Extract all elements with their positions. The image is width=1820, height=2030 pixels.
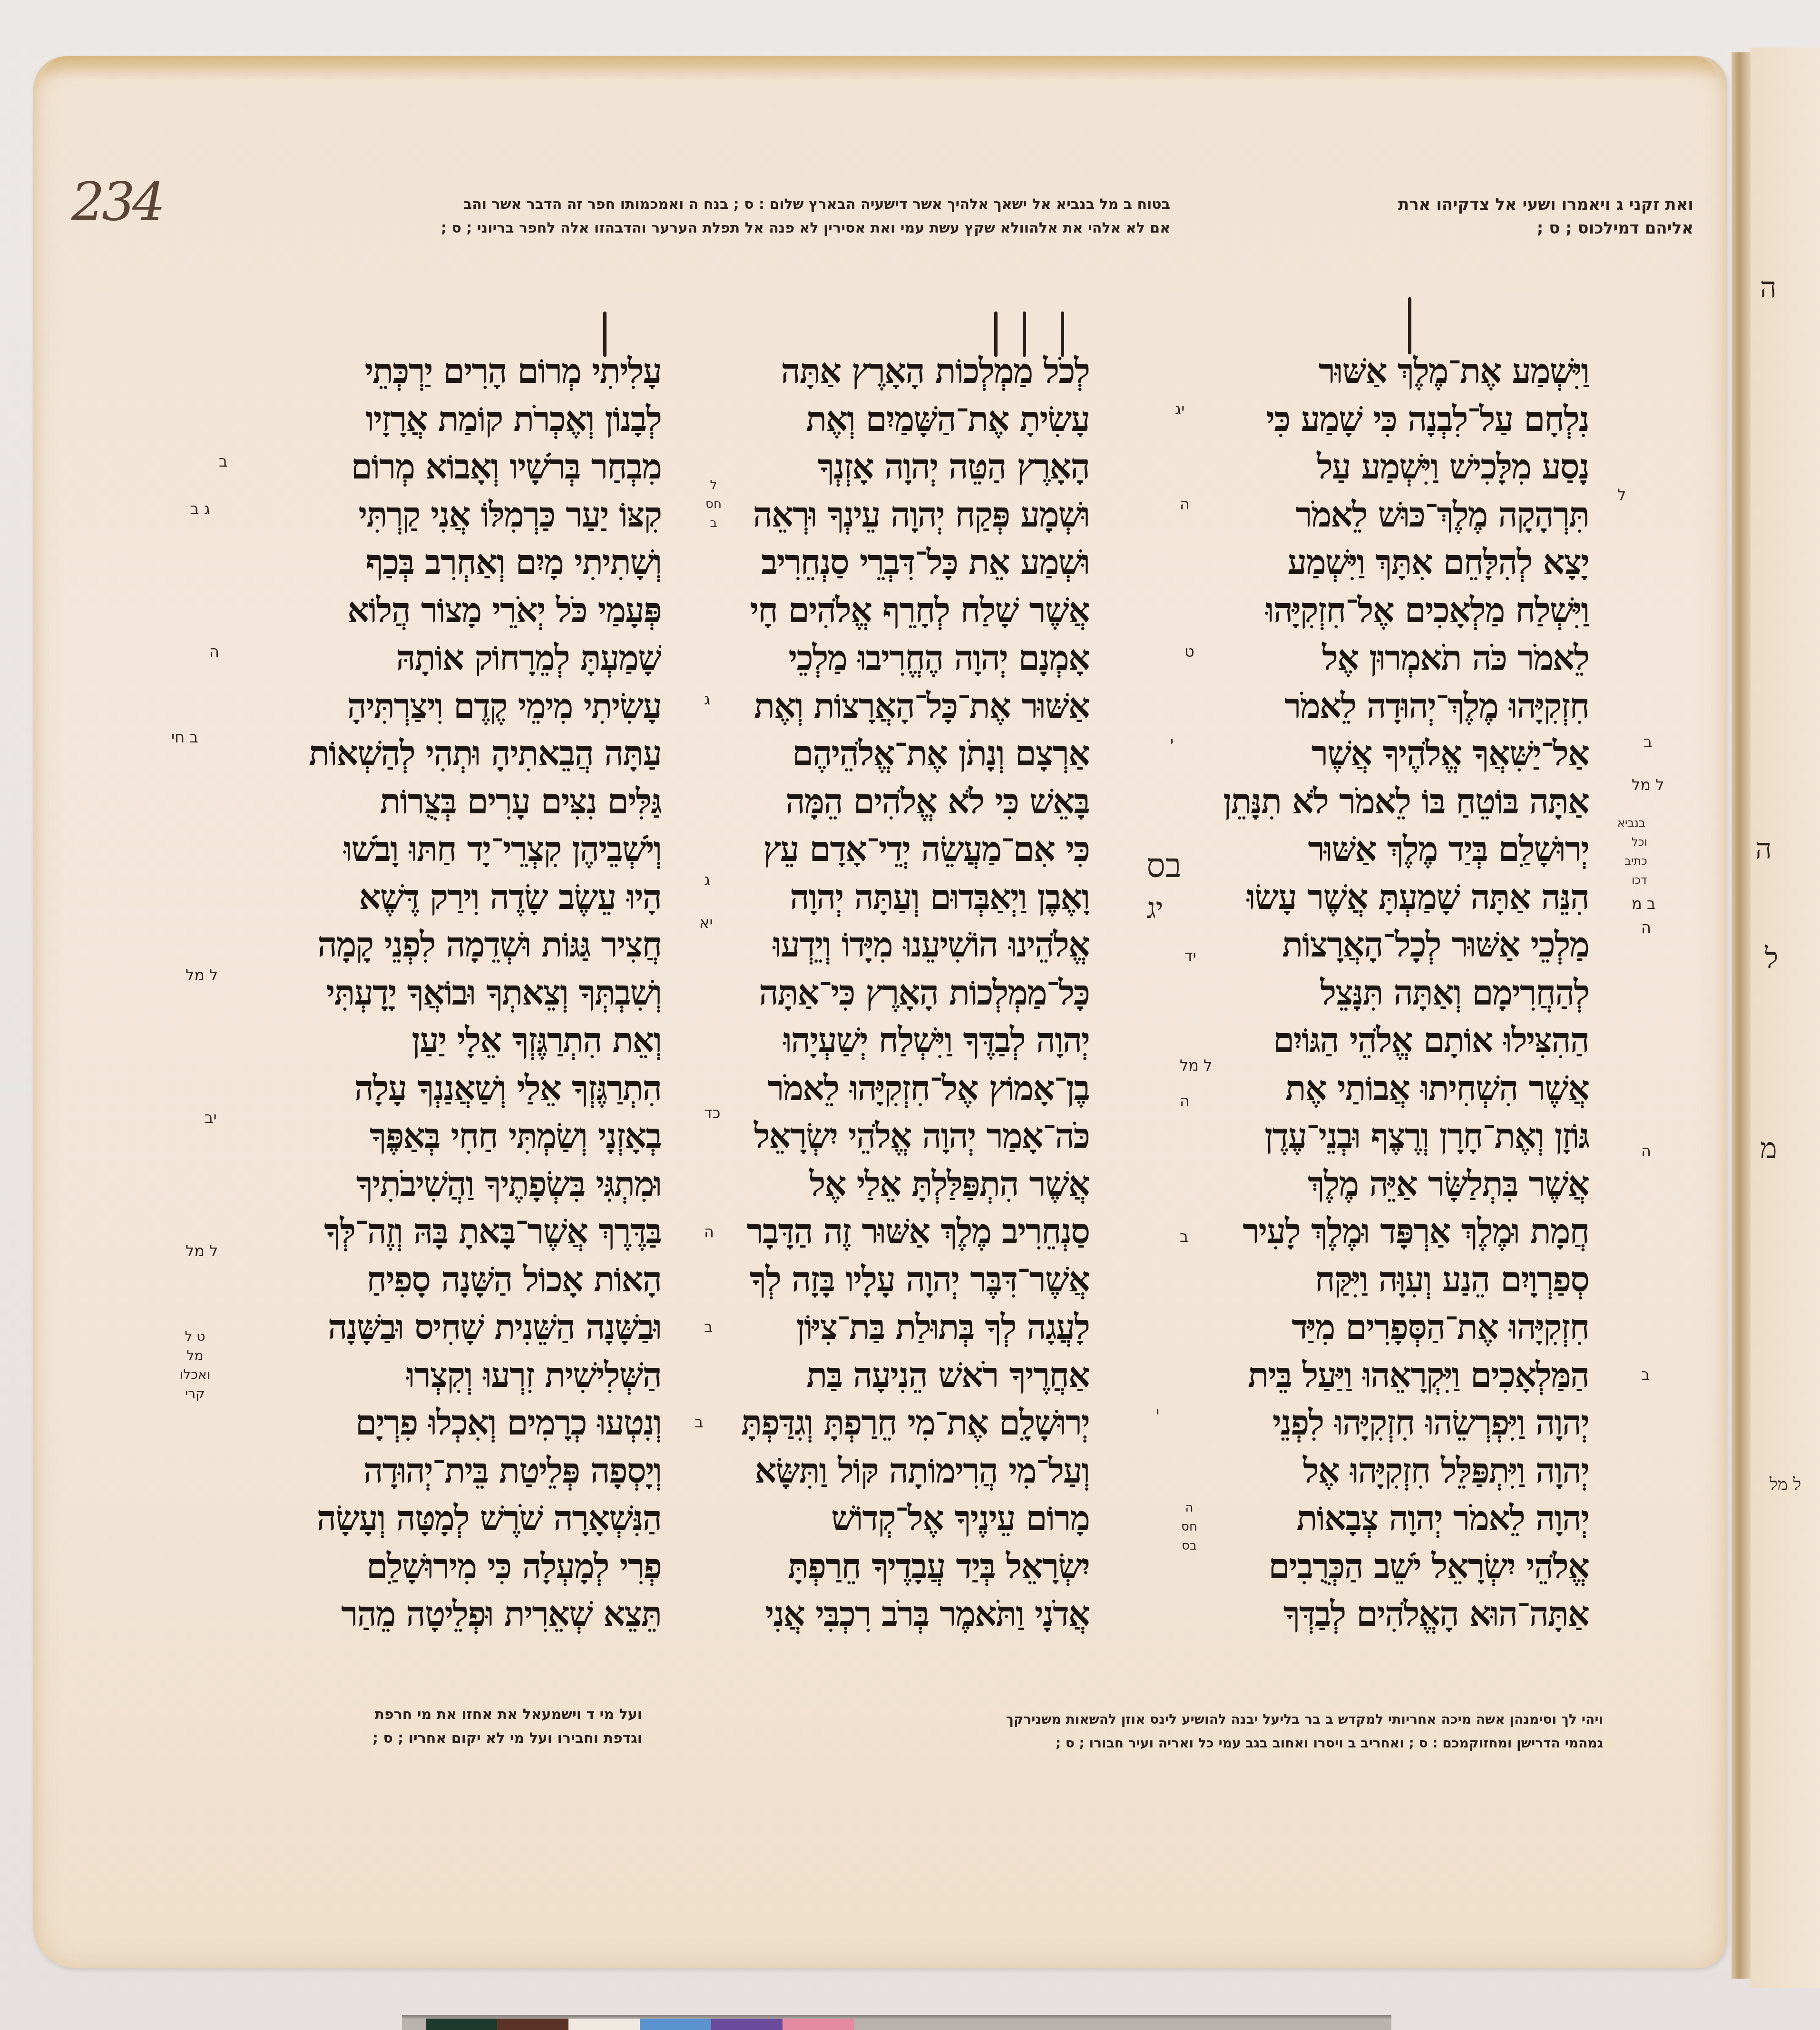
column-line: אָמְנָם יְהוָה הֶחֱרִיבוּ מַלְכֵי xyxy=(723,634,1089,682)
column-line: וּשְׁמָע פְּקַח יְהוָה עֵינְךָ וּרְאֵה xyxy=(723,491,1089,539)
masora-parva-note: יג xyxy=(1175,400,1184,419)
column-line: יָצָא לְהִלָּחֵם אִתָּךְ וַיִּשְׁמַע xyxy=(1223,538,1589,586)
adjacent-page-fragment: ה ה ל מ ל מל xyxy=(1751,48,1820,1988)
column-line: חֲמָת וּמֶלֶךְ אַרְפָּד וּמֶלֶךְ לָעִיר xyxy=(1223,1208,1589,1256)
column-line: לְכֹל מַמְלְכוֹת הָאָרֶץ אַתָּה xyxy=(723,347,1089,395)
next-page-glyph: ל xyxy=(1765,942,1778,975)
column-line: הָיוּ עֵשֶׂב שָׂדֶה וִירַק דֶּשֶׁא xyxy=(295,873,661,921)
column-line: חֲצִיר גַּגּוֹת וּשְׁדֵמָה לִפְנֵי קָמָה xyxy=(295,921,661,969)
column-line: גַּלִּים נִצִּים עָרִים בְּצֻרוֹת xyxy=(295,778,661,826)
column-line: אַשּׁוּר אֶת־כָּל־הָאֲרָצוֹת וְאֶת xyxy=(723,682,1089,730)
masora-bottom-right: ויהי לך וסימנהן אשה מיכה אחריותי למקדש ב… xyxy=(785,1708,1603,1755)
column-line: הִתְרַגֶּזְךָ אֵלַי וְשַׁאֲנַנְךָ עָלָה xyxy=(295,1064,661,1113)
column-line: אַרְצָם וְנָתֹן אֶת־אֱלֹהֵיהֶם xyxy=(723,730,1089,778)
column-line: אֲשֶׁר בִּתְלַשָּׂר אַיֵּה מֶלֶךְ xyxy=(1223,1160,1589,1208)
masora-parva-note: יג xyxy=(1146,899,1164,918)
column-line: הַשְּׁלִישִׁית זִרְעוּ וְקִצְרוּ xyxy=(295,1351,661,1399)
masora-parva-note: ה xyxy=(704,1222,714,1241)
column-line: יְהוָה לֵאמֹר יְהוָה צְבָאוֹת xyxy=(1223,1494,1589,1542)
masora-parva-note: ב xyxy=(695,1413,704,1432)
column-line: הַהִצִּילוּ אוֹתָם אֱלֹהֵי הַגּוֹיִם xyxy=(1223,1016,1589,1064)
column-line: וְשִׁבְתְּךָ וְצֵאתְךָ וּבוֹאֲךָ יָדָעְת… xyxy=(295,969,661,1017)
masora-parva-note: י xyxy=(1170,732,1174,751)
column-line: וְנִטְעוּ כְרָמִים וְאִכְלוּ פִרְיָם xyxy=(295,1399,661,1447)
column-line: קִצּוֹ יַעַר כַּרְמִלּוֹ אֲנִי קַרְתִּי xyxy=(295,491,661,539)
column-line: עָשִׂיתָ אֶת־הַשָּׁמַיִם וְאֶת xyxy=(723,395,1089,443)
masora-parva-note: ב xyxy=(704,1318,713,1337)
masora-parva-note: ה xyxy=(1180,495,1190,514)
column-line: אֲשֶׁר הִשְׁחִיתוּ אֲבוֹתַי אֶת xyxy=(1223,1064,1589,1113)
column-line: פְרִי לְמָעְלָה כִּי מִירוּשָׁלִַם xyxy=(295,1542,661,1591)
masora-parva-note: בס xyxy=(1146,856,1182,875)
column-line: יְהוָה לְבַדֶּךָ וַיִּשְׁלַח יְשַׁעְיָהו… xyxy=(723,1016,1089,1064)
column-line: עַתָּה הֲבֵאתִיהָ וּתְהִי לְהַשְׁאוֹת xyxy=(295,730,661,778)
masora-parva-note: ג xyxy=(704,690,710,709)
masora-parva-note: יד xyxy=(1184,947,1196,966)
masora-parva-note: ב xyxy=(1641,1365,1650,1384)
masora-line: אם לא אלהי את אלהוולא שקץ עשת עמי ואת אס… xyxy=(304,216,1170,240)
masora-parva-note: ה חס בס xyxy=(1180,1498,1199,1555)
masora-line: ואת זקני ג ויאמרו ושעי אל צדקיהו ארת xyxy=(1265,193,1693,216)
column-line: יְרוּשָׁלִָם אֶת־מִי חֵרַפְתָּ וְגִדַּפְ… xyxy=(723,1399,1089,1447)
column-line: תֵּצֵא שְׁאֵרִית וּפְלֵיטָה מֵהַר xyxy=(295,1590,661,1638)
column-line: אֲשֶׁר שָׁלַח לְחָרֵף אֱלֹהִים חָי xyxy=(723,586,1089,634)
column-line: מָרוֹם עֵינֶיךָ אֶל־קְדוֹשׁ xyxy=(723,1494,1089,1542)
column-line: לָעֲגָה לְךָ בְּתוּלַת בַּת־צִיּוֹן xyxy=(723,1303,1089,1351)
masora-parva-note: י xyxy=(1156,1403,1159,1422)
masora-parva-note: ה xyxy=(1641,1142,1651,1161)
column-line: מַלְכֵי אַשּׁוּר לְכָל־הָאֲרָצוֹת xyxy=(1223,921,1589,969)
column-line: כִּי אִם־מַעֲשֵׂה יְדֵי־אָדָם עֵץ xyxy=(723,825,1089,873)
column-line: בֶן־אָמוֹץ אֶל־חִזְקִיָּהוּ לֵאמֹר xyxy=(723,1064,1089,1113)
masora-line: בטוח ב מל בנביא אל ישאך אלהיך אשר דישעיה… xyxy=(304,193,1170,216)
color-calibration-strip xyxy=(402,2019,1391,2030)
masora-parva-note: כתיב xyxy=(1624,851,1647,870)
column-line: לֵאמֹר כֹּה תֹאמְרוּן אֶל xyxy=(1223,634,1589,682)
masora-parva-note: ה xyxy=(1180,1092,1190,1111)
column-line: גּוֹזָן וְאֶת־חָרָן וְרֶצֶף וּבְנֵי־עֶדֶ… xyxy=(1223,1112,1589,1160)
masora-parva-note: ל מל xyxy=(1180,1056,1212,1075)
column-line: אַתָּה בּוֹטֵחַ בּוֹ לֵאמֹר לֹא תִנָּתֵן xyxy=(1223,778,1589,826)
next-page-glyph: ה xyxy=(1760,271,1777,304)
next-page-glyph: מ xyxy=(1760,1132,1777,1165)
column-line: וַיִּשְׁלַח מַלְאָכִים אֶל־חִזְקִיָּהוּ xyxy=(1223,586,1589,634)
column-line: בָּאֵשׁ כִּי לֹא אֱלֹהִים הֵמָּה xyxy=(723,778,1089,826)
column-line: וּשְׁמַע אֵת כָּל־דִּבְרֵי סַנְחֵרִיב xyxy=(723,538,1089,586)
masora-bottom-left: ועל מי ד וישמעאל את אחזו את מי חרפת וגדפ… xyxy=(295,1703,642,1750)
column-line: סַנְחֵרִיב מֶלֶךְ אַשּׁוּר זֶה הַדָּבָר xyxy=(723,1208,1089,1256)
column-line: אַחֲרֶיךָ רֹאשׁ הֵנִיעָה בַּת xyxy=(723,1351,1089,1399)
masora-line: ויהי לך וסימנהן אשה מיכה אחריותי למקדש ב… xyxy=(785,1708,1603,1731)
column-line: אֲדֹנָי וַתֹּאמֶר בְּרֹב רִכְבִּי אֲנִי xyxy=(723,1590,1089,1638)
next-page-glyph: ל מל xyxy=(1770,1474,1801,1494)
masora-parva-note: ה xyxy=(209,642,219,661)
masora-line: ועל מי ד וישמעאל את אחזו את מי חרפת xyxy=(295,1703,642,1727)
masora-parva-note: בנביא xyxy=(1617,813,1645,832)
column-line: וָאֶבֶן וַיְאַבְּדוּם וְעַתָּה יְהוָה xyxy=(723,873,1089,921)
column-line: וַיִּשְׁמַע אֶת־מֶלֶךְ אַשּׁוּר xyxy=(1223,347,1589,395)
column-line: וְיָסְפָה פְּלֵיטַת בֵּית־יְהוּדָה xyxy=(295,1447,661,1495)
column-line: יִשְׂרָאֵל בְּיַד עֲבָדֶיךָ חֵרַפְתָּ xyxy=(723,1542,1089,1591)
column-line: יְרוּשָׁלִַם בְּיַד מֶלֶךְ אַשּׁוּר xyxy=(1223,825,1589,873)
column-line: לְבָנוֹן וְאֶכְרֹת קוֹמַת אֲרָזָיו xyxy=(295,395,661,443)
column-line: חִזְקִיָּהוּ אֶת־הַסְּפָרִים מִיַּד xyxy=(1223,1303,1589,1351)
column-line: יְהוָה וַיִּתְפַּלֵּל חִזְקִיָּהוּ אֶל xyxy=(1223,1447,1589,1495)
column-line: בַּדֶּרֶךְ אֲשֶׁר־בָּאתָ בָּהּ וְזֶה־לְּ… xyxy=(295,1208,661,1256)
column-line: אֲשֶׁר הִתְפַּלַּלְתָּ אֵלַי אֶל xyxy=(723,1160,1089,1208)
masora-parva-note: ג ב xyxy=(190,499,210,518)
color-swatch xyxy=(497,2019,568,2030)
masora-parva-note: דכו xyxy=(1632,870,1647,889)
next-page-glyph: ה xyxy=(1755,832,1772,866)
masora-parva-note: ב xyxy=(1644,732,1653,751)
masora-parva-note: וכל xyxy=(1632,832,1647,851)
masora-parva-note: ט xyxy=(1184,642,1194,661)
column-line: וּמִתְגִּי בִּשְׂפָתֶיךָ וַהֲשִׁיבֹתִיךָ xyxy=(295,1160,661,1208)
column-line: הָאוֹת אָכוֹל הַשָּׁנָה סָפִיחַ xyxy=(295,1256,661,1304)
column-line: הַמַּלְאָכִים וַיִּקְרָאֵהוּ וַיַּעַל בֵ… xyxy=(1223,1351,1589,1399)
masora-parva-note: ל מל xyxy=(186,1241,218,1260)
column-line: עָלִיתִי מְרוֹם הָרִים יַרְכְּתֵי xyxy=(295,347,661,395)
column-line: נָסַע מִלָּכִישׁ וַיִּשְׁמַע עַל xyxy=(1223,443,1589,491)
masora-parva-note: ב מ xyxy=(1632,894,1655,913)
column-line: וְאֵת הִתְרַגֶּזְךָ אֵלָי יַעַן xyxy=(295,1016,661,1064)
column-line: וּבַשָּׁנָה הַשֵּׁנִית שָׁחִיס וּבַשָּׁנ… xyxy=(295,1303,661,1351)
color-swatch xyxy=(711,2019,783,2030)
column-line: אַתָּה־הוּא הָאֱלֹהִים לְבַדְּךָ xyxy=(1223,1590,1589,1638)
text-column-middle: לְכֹל מַמְלְכוֹת הָאָרֶץ אַתָּה עָשִׂיתָ… xyxy=(723,347,1089,1638)
masora-parva-note: ב xyxy=(1180,1227,1189,1246)
masora-parva-note: ל חס ב xyxy=(704,476,723,533)
column-line: אַל־יַשִּׁאֲךָ אֱלֹהֶיךָ אֲשֶׁר xyxy=(1223,730,1589,778)
column-line: וְשָׁתִיתִי מָיִם וְאַחְרִב בְּכַף xyxy=(295,538,661,586)
masora-parva-note: ל מל xyxy=(186,966,218,985)
column-line: עָשִׂיתִי מִימֵי קֶדֶם וִיצַרְתִּיהָ xyxy=(295,682,661,730)
masora-parva-note: כד xyxy=(704,1103,720,1122)
masora-parva-note: ט ל מל ואכלו קרי xyxy=(176,1327,214,1403)
column-line: נִלְחָם עַל־לִבְנָה כִּי שָׁמַע כִּי xyxy=(1223,395,1589,443)
column-line: וְיֹשְׁבֵיהֶן קִצְרֵי־יָד חַתּוּ וָבֹשׁו… xyxy=(295,825,661,873)
column-line: הִנֵּה אַתָּה שָׁמַעְתָּ אֲשֶׁר עָשׂוּ xyxy=(1223,873,1589,921)
column-line: אֱלֹהֵינוּ הוֹשִׁיעֵנוּ מִיָּדוֹ וְיֵדְע… xyxy=(723,921,1089,969)
masora-line: אליהם דמילכוס ; ס ; xyxy=(1265,216,1693,240)
column-line: לְהַחֲרִימָם וְאַתָּה תִּנָּצֵל xyxy=(1223,969,1589,1017)
masora-parva-note: ל xyxy=(1617,485,1626,504)
column-line: כֹּה־אָמַר יְהוָה אֱלֹהֵי יִשְׂרָאֵל xyxy=(723,1112,1089,1160)
column-line: אֱלֹהֵי יִשְׂרָאֵל יֹשֵׁב הַכְּרֻבִים xyxy=(1223,1542,1589,1591)
column-line: חִזְקִיָּהוּ מֶלֶךְ־יְהוּדָה לֵאמֹר xyxy=(1223,682,1589,730)
page-top-stain xyxy=(43,56,1717,80)
column-line: וְעַל־מִי הֲרִימוֹתָה קּוֹל וַתִּשָּׂא xyxy=(723,1447,1089,1495)
lamed-ascender xyxy=(1408,297,1411,354)
column-line: בְאָזְנָי וְשַׂמְתִּי חַחִי בְּאַפֶּךָ xyxy=(295,1112,661,1160)
binding-gutter xyxy=(1732,52,1751,1979)
column-line: אֲשֶׁר־דִּבֶּר יְהוָה עָלָיו בָּזָה לְךָ xyxy=(723,1256,1089,1304)
color-swatch xyxy=(568,2019,640,2030)
text-column-left: עָלִיתִי מְרוֹם הָרִים יַרְכְּתֵי לְבָנו… xyxy=(295,347,661,1638)
color-swatch xyxy=(640,2019,711,2030)
masora-parva-note: ל מל xyxy=(1632,775,1664,794)
masora-parva-note: ב חי xyxy=(171,728,198,747)
column-line: יְהוָה וַיִּפְרְשֵׂהוּ חִזְקִיָּהוּ לִפְ… xyxy=(1223,1399,1589,1447)
text-column-right: וַיִּשְׁמַע אֶת־מֶלֶךְ אַשּׁוּר נִלְחָם … xyxy=(1223,347,1589,1638)
color-swatch xyxy=(783,2019,854,2030)
masora-top-left: בטוח ב מל בנביא אל ישאך אלהיך אשר דישעיה… xyxy=(304,193,1170,240)
masora-line: וגדפת וחבירו ועל מי לא יקום אחריו ; ס ; xyxy=(295,1727,642,1750)
column-line: הַנִּשְׁאָרָה שֹׁרֶשׁ לְמָטָּה וְעָשָׂה xyxy=(295,1494,661,1542)
column-line: פְּעָמַי כֹּל יְאֹרֵי מָצוֹר הֲלוֹא xyxy=(295,586,661,634)
masora-parva-note: ג xyxy=(704,870,710,889)
color-swatch xyxy=(426,2019,497,2030)
masora-top-right: ואת זקני ג ויאמרו ושעי אל צדקיהו ארת אלי… xyxy=(1265,193,1693,240)
masora-parva-note: ה xyxy=(1641,918,1651,937)
column-line: מִבְחַר בְּרֹשָׁיו וְאָבוֹא מְרוֹם xyxy=(295,443,661,491)
masora-line: גמהמי הדרישן ומחזוקמכם : ס ; ואחריב ב וי… xyxy=(785,1731,1603,1755)
column-line: הָאָרֶץ הַטֵּה יְהוָה אָזְנְךָ xyxy=(723,443,1089,491)
masora-parva-note: יב xyxy=(205,1108,217,1127)
column-line: כָּל־מַמְלְכוֹת הָאָרֶץ כִּי־אַתָּה xyxy=(723,969,1089,1017)
folio-number: 234 xyxy=(71,171,163,232)
column-line: סְפַרְוָיִם הֵנַע וְעִוָּה וַיִּקַּח xyxy=(1223,1256,1589,1304)
column-line: תִּרְהָקָה מֶלֶךְ־כּוּשׁ לֵאמֹר xyxy=(1223,491,1589,539)
column-line: שָׁמַעְתָּ לְמֵרָחוֹק אוֹתָהּ xyxy=(295,634,661,682)
masora-parva-note: ב xyxy=(219,452,228,471)
masora-parva-note: יא xyxy=(699,913,713,932)
